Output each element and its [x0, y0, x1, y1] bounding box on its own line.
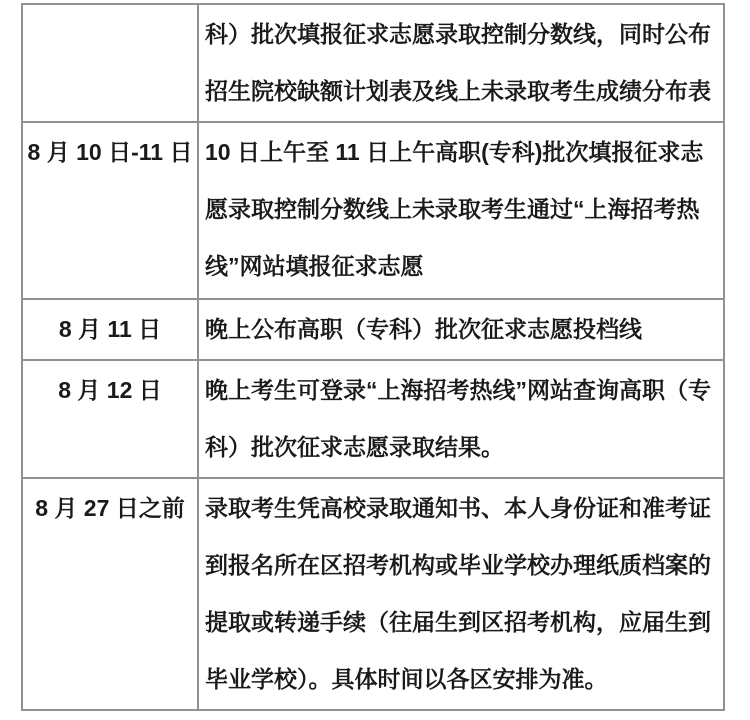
document-page: 科）批次填报征求志愿录取控制分数线，同时公布招生院校缺额计划表及线上未录取考生成…	[0, 0, 750, 720]
schedule-table: 科）批次填报征求志愿录取控制分数线，同时公布招生院校缺额计划表及线上未录取考生成…	[21, 3, 725, 711]
table-row: 8 月 10 日-11 日 10 日上午至 11 日上午高职(专科)批次填报征求…	[22, 122, 724, 299]
date-cell: 8 月 27 日之前	[22, 478, 198, 710]
event-cell: 科）批次填报征求志愿录取控制分数线，同时公布招生院校缺额计划表及线上未录取考生成…	[198, 4, 724, 122]
event-cell: 晚上公布高职（专科）批次征求志愿投档线	[198, 299, 724, 360]
event-cell: 录取考生凭高校录取通知书、本人身份证和准考证到报名所在区招考机构或毕业学校办理纸…	[198, 478, 724, 710]
table-row: 8 月 27 日之前 录取考生凭高校录取通知书、本人身份证和准考证到报名所在区招…	[22, 478, 724, 710]
table-row: 8 月 11 日 晚上公布高职（专科）批次征求志愿投档线	[22, 299, 724, 360]
event-cell: 10 日上午至 11 日上午高职(专科)批次填报征求志愿录取控制分数线上未录取考…	[198, 122, 724, 299]
date-cell: 8 月 12 日	[22, 360, 198, 478]
event-cell: 晚上考生可登录“上海招考热线”网站查询高职（专科）批次征求志愿录取结果。	[198, 360, 724, 478]
table-row: 科）批次填报征求志愿录取控制分数线，同时公布招生院校缺额计划表及线上未录取考生成…	[22, 4, 724, 122]
table-row: 8 月 12 日 晚上考生可登录“上海招考热线”网站查询高职（专科）批次征求志愿…	[22, 360, 724, 478]
date-cell: 8 月 11 日	[22, 299, 198, 360]
date-cell	[22, 4, 198, 122]
date-cell: 8 月 10 日-11 日	[22, 122, 198, 299]
